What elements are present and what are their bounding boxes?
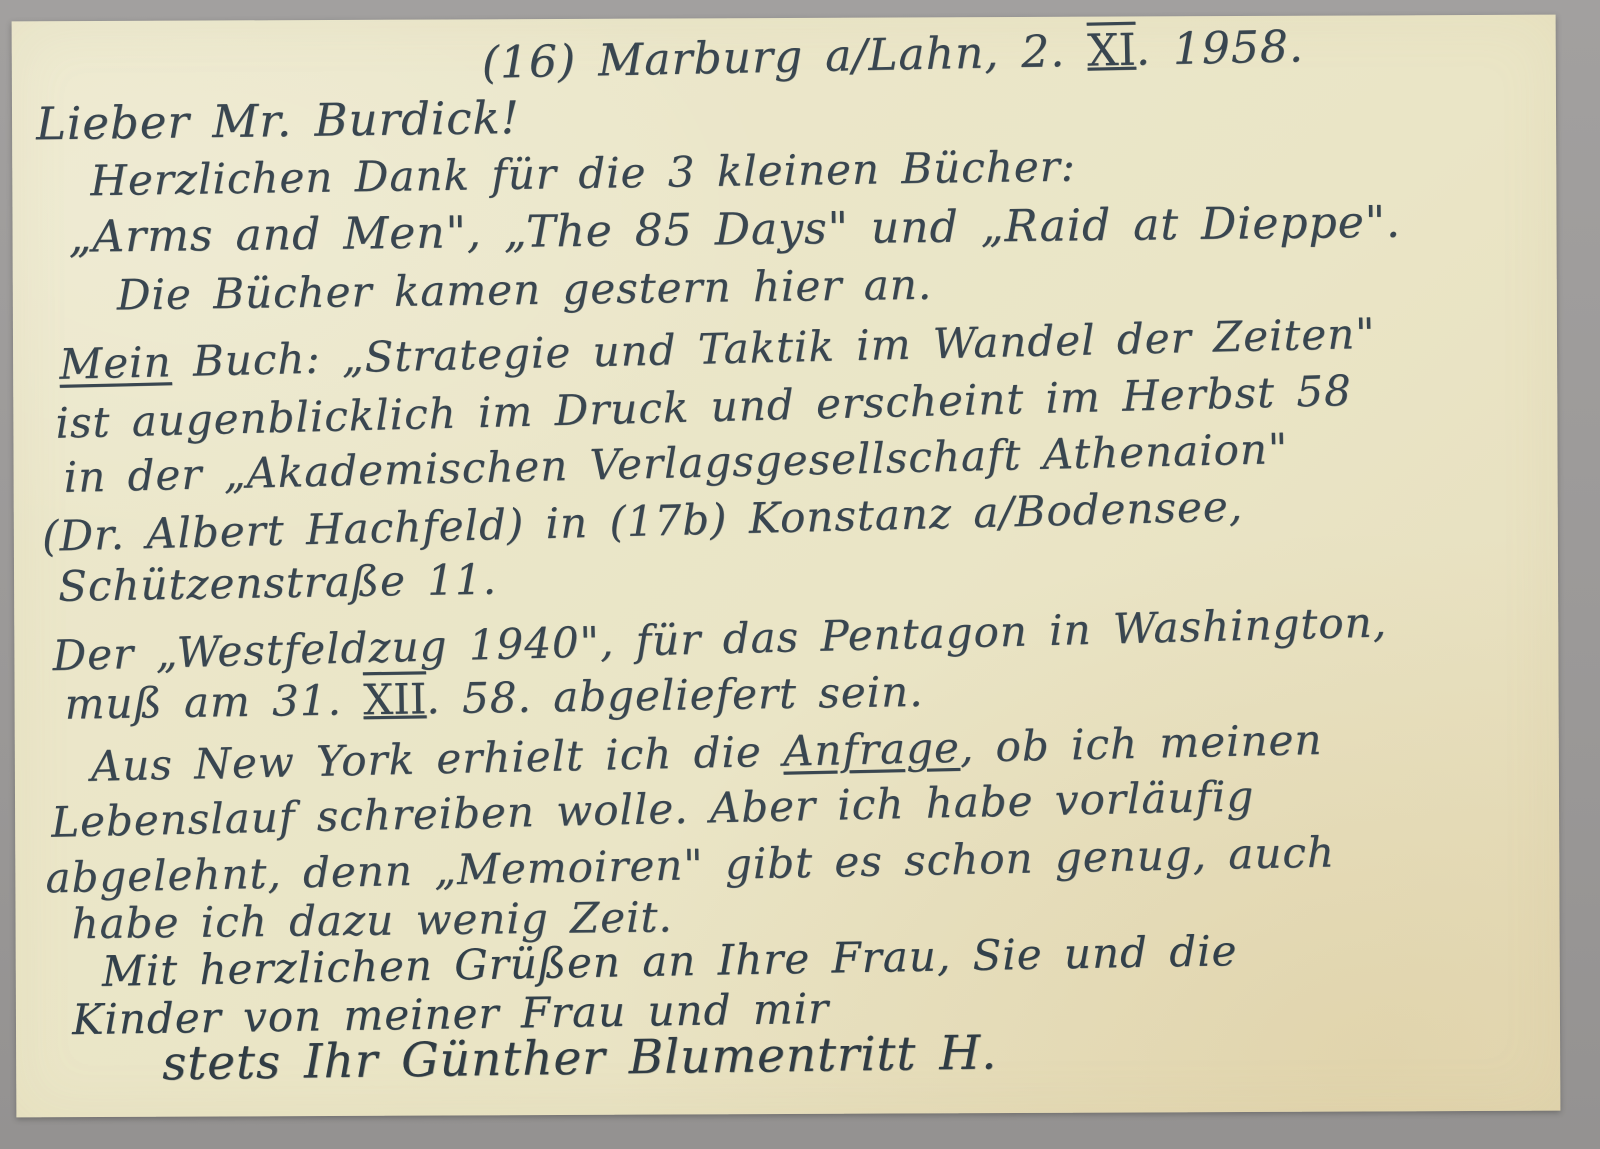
underlined-word: Anfrage — [783, 723, 961, 776]
body-text: Aus New York erhielt ich die — [90, 727, 783, 791]
body-line: Herzlichen Dank für die 3 kleinen Bücher… — [90, 142, 1076, 206]
underlined-word: Mein — [59, 337, 172, 389]
salutation: Lieber Mr. Burdick! — [36, 91, 520, 150]
body-text: . 58. abgeliefert sein. — [426, 667, 924, 723]
roman-numeral-month: XII — [363, 674, 427, 724]
dateline-year: . 1958. — [1135, 21, 1304, 75]
body-text: „Arms and Men", „The 85 Days" und „Raid … — [68, 197, 1401, 263]
body-text: Schützenstraße 11. — [58, 555, 498, 611]
body-line-book-titles: „Arms and Men", „The 85 Days" und „Raid … — [68, 197, 1401, 263]
body-text: Herzlichen Dank für die 3 kleinen Bücher… — [90, 142, 1076, 206]
body-text: Die Bücher kamen gestern hier an. — [117, 260, 933, 320]
letter-card: (16) Marburg a/Lahn, 2. XI. 1958. Lieber… — [12, 15, 1561, 1118]
signature-line: stets Ihr Günther Blumentritt H. — [162, 1025, 998, 1091]
body-line-street: Schützenstraße 11. — [58, 555, 498, 611]
body-text: , ob ich meinen — [959, 715, 1323, 772]
roman-numeral-month: XI — [1087, 25, 1137, 77]
scan-background: (16) Marburg a/Lahn, 2. XI. 1958. Lieber… — [0, 0, 1600, 1149]
dateline-place: (16) Marburg a/Lahn, 2. — [481, 26, 1087, 89]
body-line-westfeldzug: Der „Westfeldzug 1940", für das Pentagon… — [52, 597, 1388, 680]
body-text: muß am 31. — [64, 675, 363, 728]
body-line: Die Bücher kamen gestern hier an. — [117, 260, 933, 320]
body-text: Der „Westfeldzug 1940", für das Pentagon… — [52, 597, 1388, 680]
signature-text: stets Ihr Günther Blumentritt H. — [162, 1025, 998, 1091]
dateline: (16) Marburg a/Lahn, 2. XI. 1958. — [481, 21, 1304, 88]
salutation-text: Lieber Mr. Burdick! — [36, 91, 520, 150]
